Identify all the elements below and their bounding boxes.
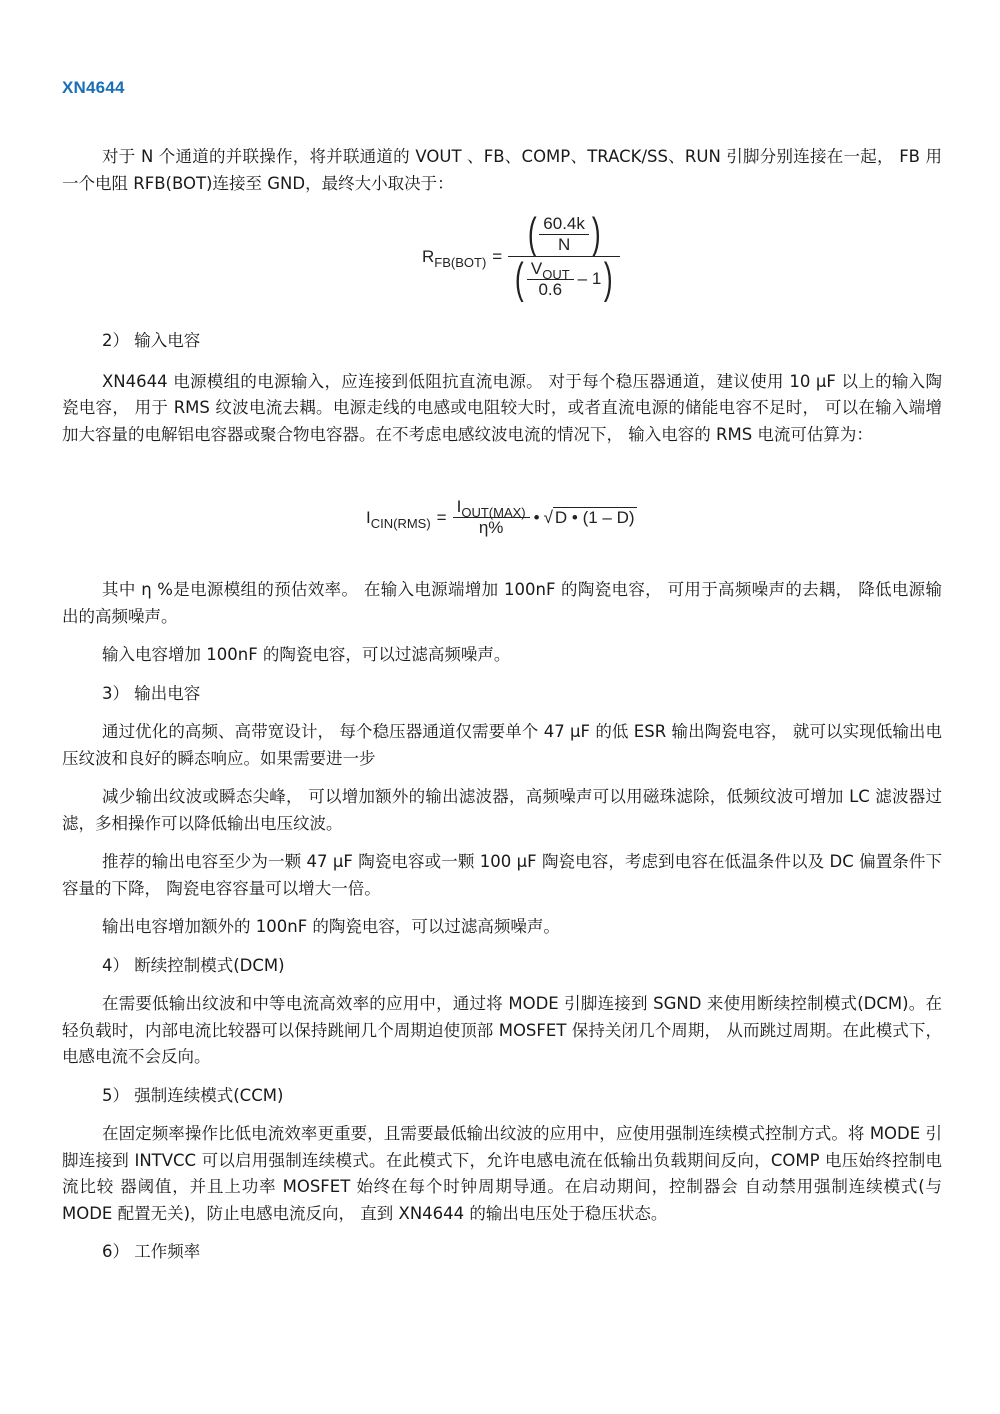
paragraph-ccm: 在固定频率操作比低电流效率更重要，且需要最低输出纹波的应用中，应使用强制连续模式… (62, 1121, 942, 1227)
paragraph-parallel-operation: 对于 N 个通道的并联操作，将并联通道的 VOUT 、FB、COMP、TRACK… (62, 144, 942, 197)
document-header-title: XN4644 (62, 78, 125, 98)
paragraph-output-3: 推荐的输出电容至少为一颗 47 μF 陶瓷电容或一颗 100 μF 陶瓷电容，考… (62, 849, 942, 902)
equals-sign: = (492, 247, 502, 267)
paragraph-output-2: 减少输出纹波或瞬态尖峰， 可以增加额外的输出滤波器，高频噪声可以用磁珠滤除，低频… (62, 784, 942, 837)
section-parallel: 对于 N 个通道的并联操作，将并联通道的 VOUT 、FB、COMP、TRACK… (62, 144, 942, 197)
heading-operating-frequency: 6） 工作频率 (62, 1239, 942, 1266)
numerator-value: 60.4k (539, 214, 589, 234)
paragraph-input-1: XN4644 电源模组的电源输入，应连接到低阻抗直流电源。 对于每个稳压器通道，… (62, 369, 942, 449)
formula-lhs: RFB(BOT) (422, 247, 486, 267)
paragraph-output-1: 通过优化的高频、高带宽设计， 每个稳压器通道仅需要单个 47 μF 的低 ESR… (62, 719, 942, 772)
formula-icin-rms: ICIN(RMS) = IOUT(MAX) η% • √D • (1 – D) (366, 497, 637, 538)
heading-ccm: 5） 强制连续模式(CCM) (62, 1083, 942, 1110)
heading-dcm: 4） 断续控制模式(DCM) (62, 953, 942, 980)
section-input-capacitor: 2） 输入电容 XN4644 电源模组的电源输入，应连接到低阻抗直流电源。 对于… (62, 328, 942, 448)
heading-input-capacitor: 2） 输入电容 (62, 328, 942, 355)
formula-rfb-bot: RFB(BOT) = ( 60.4k N ) ( VOUT 0.6 (422, 212, 620, 301)
paragraph-input-3: 输入电容增加 100nF 的陶瓷电容，可以过滤高频噪声。 (62, 642, 942, 669)
paragraph-output-4: 输出电容增加额外的 100nF 的陶瓷电容，可以过滤高频噪声。 (62, 914, 942, 941)
section-input-notes: 其中 η %是电源模组的预估效率。 在输入电源端增加 100nF 的陶瓷电容， … (62, 577, 942, 1266)
formula-fraction: ( 60.4k N ) ( VOUT 0.6 – 1 ) (508, 212, 620, 301)
heading-output-capacitor: 3） 输出电容 (62, 681, 942, 708)
paragraph-dcm: 在需要低输出纹波和中等电流高效率的应用中，通过将 MODE 引脚连接到 SGND… (62, 991, 942, 1071)
numerator-divisor: N (554, 235, 574, 255)
paragraph-input-2: 其中 η %是电源模组的预估效率。 在输入电源端增加 100nF 的陶瓷电容， … (62, 577, 942, 630)
